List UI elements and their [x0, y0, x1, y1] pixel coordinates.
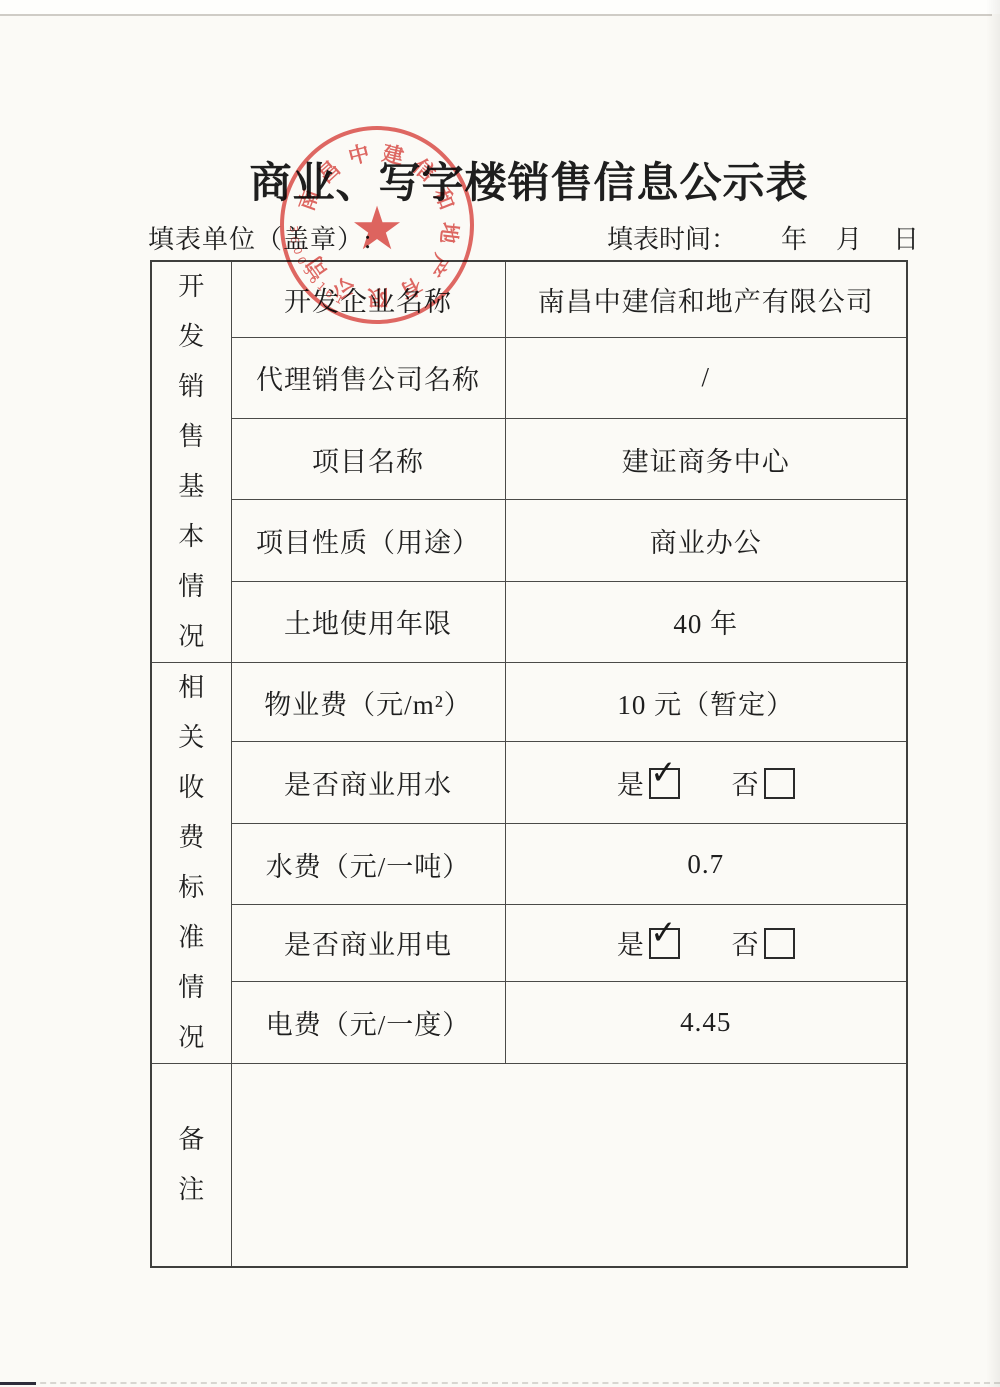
row-label: 水费（元/一吨） [231, 824, 505, 904]
no-option: 否 [732, 923, 795, 962]
checkbox-checked-icon: ✓ [649, 768, 680, 799]
group-line: 情况 [152, 963, 231, 1063]
group-line: 相关 [152, 663, 231, 763]
group-cell-fees: 相关 收费 标准 情况 [151, 663, 231, 1064]
row-label: 物业费（元/m²） [231, 663, 505, 742]
scan-artifact-right-edge [986, 0, 1000, 1387]
scan-artifact-bottom-edge [0, 1382, 1000, 1384]
no-label: 否 [732, 923, 760, 962]
row-value: 是 ✓ 否 [505, 742, 907, 824]
row-value: 商业办公 [505, 500, 907, 581]
fill-time-group: 填表时间： 年 月 日 [607, 219, 919, 256]
document-page: 商业、写字楼销售信息公示表 填表单位（盖章）: 填表时间： 年 月 日 开发 销… [0, 0, 1000, 1387]
yes-label: 是 [617, 763, 645, 802]
group-line: 销售 [152, 362, 231, 462]
table-row: 项目性质（用途） 商业办公 [151, 500, 907, 581]
row-label: 土地使用年限 [231, 581, 505, 662]
group-line: 收费 [152, 763, 231, 863]
row-value: 40 年 [505, 581, 907, 662]
table-row: 水费（元/一吨） 0.7 [151, 824, 907, 904]
year-label: 年 [781, 219, 807, 256]
table-row: 是否商业用电 是 ✓ 否 [151, 904, 907, 981]
row-label: 是否商业用水 [231, 742, 505, 824]
stamp-arc-char: 地 [434, 219, 462, 246]
page-title: 商业、写字楼销售信息公示表 [150, 150, 908, 210]
table-row: 代理销售公司名称 / [151, 337, 907, 418]
yes-option: 是 ✓ [617, 923, 680, 962]
remark-cell [231, 1064, 907, 1267]
month-label: 月 [836, 219, 862, 256]
table-row: 电费（元/一度） 4.45 [151, 981, 907, 1063]
scan-artifact-top-line [0, 14, 992, 16]
row-value: 4.45 [505, 981, 907, 1063]
group-line: 基本 [152, 462, 231, 562]
info-table: 开发 销售 基本 情况 开发企业名称 南昌中建信和地产有限公司 代理销售公司名称… [150, 260, 908, 1268]
row-value: 10 元（暂定） [505, 663, 907, 742]
row-label: 代理销售公司名称 [231, 337, 505, 418]
table-row: 项目名称 建证商务中心 [151, 418, 907, 499]
no-label: 否 [732, 763, 760, 802]
group-line: 情况 [152, 562, 231, 662]
row-label: 项目性质（用途） [231, 500, 505, 581]
checkbox-empty-icon [764, 768, 795, 799]
group-line: 开发 [152, 262, 231, 362]
table-row: 土地使用年限 40 年 [151, 581, 907, 662]
row-value: / [505, 337, 907, 418]
group-cell-remark: 备注 [151, 1064, 231, 1267]
row-value: 南昌中建信和地产有限公司 [505, 261, 907, 337]
row-value: 建证商务中心 [505, 418, 907, 499]
group-cell-development: 开发 销售 基本 情况 [151, 261, 231, 663]
group-line: 标准 [152, 863, 231, 963]
row-label: 电费（元/一度） [231, 981, 505, 1063]
fill-time-label: 填表时间： [607, 219, 737, 256]
row-label: 是否商业用电 [231, 904, 505, 981]
yes-label: 是 [617, 923, 645, 962]
scan-artifact-top-strip [0, 0, 1000, 14]
row-label: 开发企业名称 [231, 261, 505, 337]
table-row: 备注 [151, 1064, 907, 1267]
no-option: 否 [732, 763, 795, 802]
table-row: 是否商业用水 是 ✓ 否 [151, 742, 907, 824]
checkbox-checked-icon: ✓ [649, 928, 680, 959]
table-row: 相关 收费 标准 情况 物业费（元/m²） 10 元（暂定） [151, 663, 907, 742]
table-row: 开发 销售 基本 情况 开发企业名称 南昌中建信和地产有限公司 [151, 261, 907, 337]
row-label: 项目名称 [231, 418, 505, 499]
group-line: 备注 [152, 1115, 231, 1215]
row-value: 是 ✓ 否 [505, 904, 907, 981]
yes-option: 是 ✓ [617, 763, 680, 802]
day-label: 日 [893, 219, 919, 256]
fill-unit-label: 填表单位（盖章）: [148, 219, 372, 256]
scan-artifact-bottom-corner [0, 1382, 36, 1385]
row-value: 0.7 [505, 824, 907, 904]
checkbox-empty-icon [764, 928, 795, 959]
